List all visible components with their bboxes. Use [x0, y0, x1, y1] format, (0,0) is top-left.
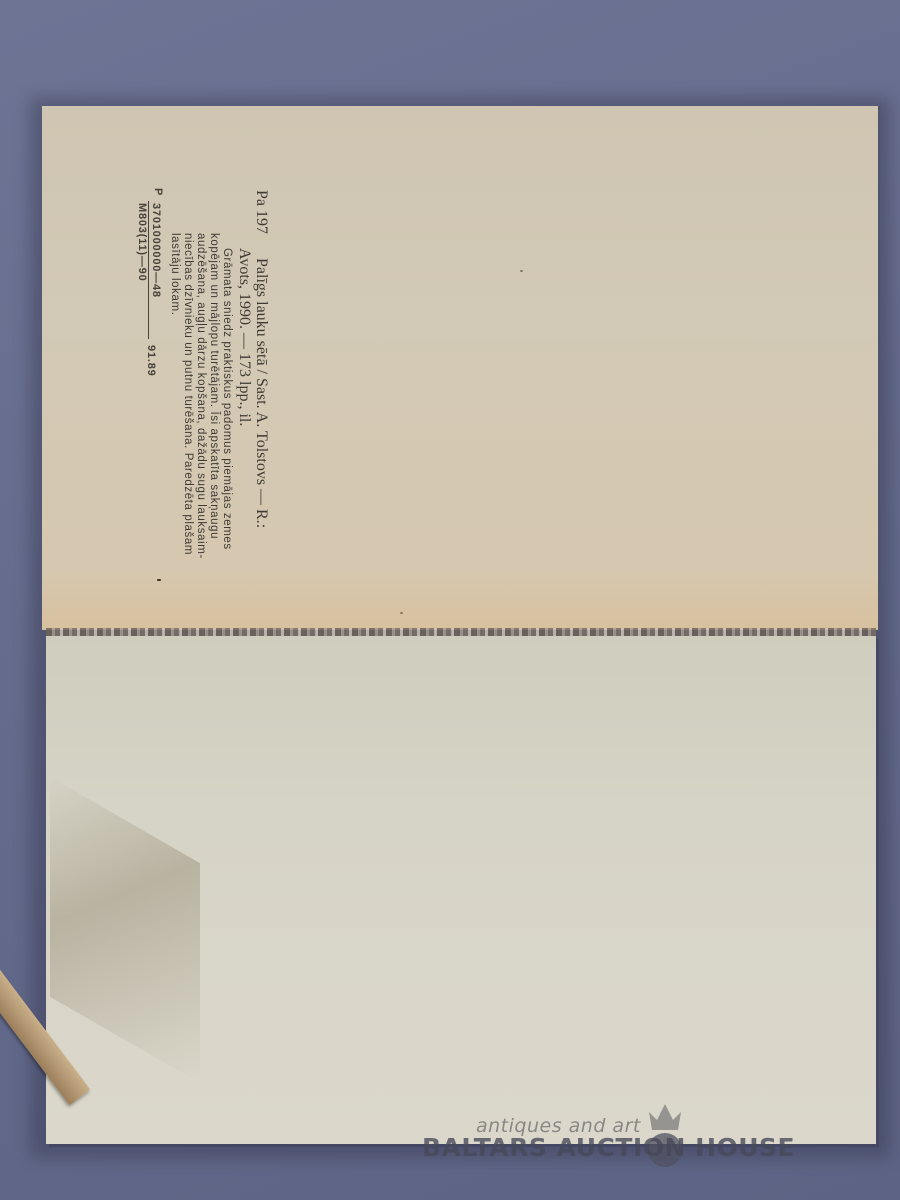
index-code: Pa 197 [253, 190, 270, 234]
description-line-4: niecības dzīvnieku un putnu turēšana. Pa… [182, 233, 194, 555]
paper-speck [157, 579, 161, 581]
description-line-3: audzēšana, augļu dārzu kopšana, dažādu s… [195, 233, 207, 559]
imprint-index-title: Pa 197 Palīgs lauku sētā / Sast. A. Tols… [252, 190, 270, 528]
imprint-page [42, 106, 878, 630]
description-line-2: kopējam un mājlopu turētājam. Īsi apskat… [208, 233, 220, 539]
catalog-suffix: 91.89 [145, 345, 157, 377]
publisher-line: Avots, 1990. — 173 lpp., il. [235, 248, 253, 426]
paper-speck [400, 612, 403, 614]
description-line-1: Grāmata sniedz praktiskus padomus piemāj… [221, 248, 233, 550]
paper-speck [520, 270, 523, 272]
book-spine-gutter [46, 628, 876, 636]
catalog-numerator: 3701000000—48 [150, 203, 162, 298]
book-title-line: Palīgs lauku sētā / Sast. A. Tolstovs — … [253, 258, 270, 528]
description-line-5: lasītāju lokam. [169, 233, 181, 316]
watermark-brand: BALTARS AUCTION HOUSE [422, 1133, 795, 1162]
catalog-fraction-bar [148, 201, 149, 339]
catalog-denominator: M803(11)—90 [136, 203, 148, 282]
catalog-prefix: P [152, 188, 164, 196]
